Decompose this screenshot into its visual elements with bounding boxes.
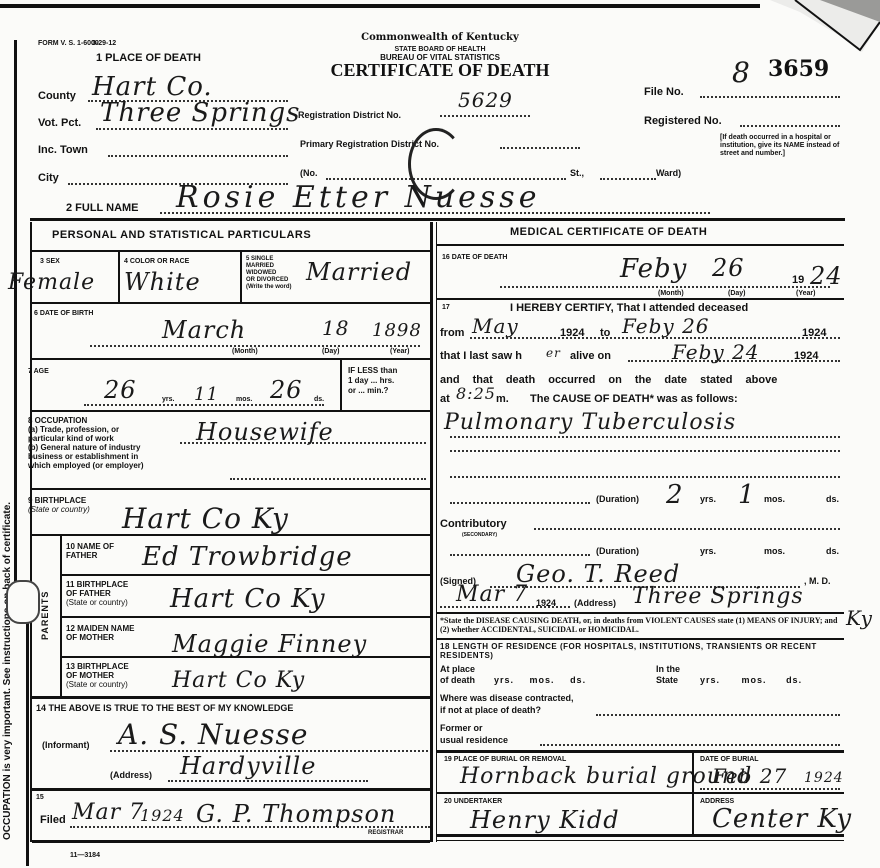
footer-code: 11—3184	[70, 852, 100, 859]
center-divider	[430, 222, 433, 842]
registered-no-label: Registered No.	[644, 115, 722, 127]
certify-text: I HEREBY CERTIFY, That I attended deceas…	[510, 302, 748, 314]
divider	[32, 358, 430, 360]
father-bp-label-line: 11 BIRTHPLACE	[66, 580, 128, 589]
birthplace-label: 9 BIRTHPLACE (State or country)	[28, 496, 90, 514]
contracted-label-line: if not at place of death?	[440, 704, 574, 716]
duration2-mos-caption: mos.	[764, 546, 785, 556]
filed-label: Filed	[40, 814, 66, 826]
mother-name-value: Maggie Finney	[172, 630, 367, 658]
undertaker-address-value: Center Ky	[712, 804, 852, 834]
burial-year: 1924	[804, 770, 844, 786]
from-year: 1924	[560, 327, 584, 339]
burial-place-label: 19 PLACE OF BURIAL OR REMOVAL	[444, 756, 566, 763]
file-stamp-number: 3659	[768, 56, 829, 82]
cause-line	[450, 450, 840, 452]
in-the-line: In the	[656, 664, 680, 675]
registrar-signature: G. P. Thompson	[196, 800, 396, 828]
place-of-death-label: 1 PLACE OF DEATH	[96, 52, 201, 64]
father-name-label: 10 NAME OF FATHER	[66, 542, 114, 560]
of-death-duration: yrs. mos. ds.	[482, 675, 586, 685]
burial-date-value: Feb 27	[712, 764, 787, 788]
ward-line	[600, 178, 656, 180]
former-residence-label: Former or usual residence	[440, 722, 508, 746]
city-label: City	[38, 172, 59, 184]
less-than-line: 1 day ... hrs.	[348, 376, 397, 386]
divider	[62, 616, 430, 618]
reg-district-value: 5629	[458, 88, 513, 112]
contributory-label: Contributory	[440, 518, 507, 530]
residence-label: 18 LENGTH OF RESIDENCE (FOR HOSPITALS, I…	[440, 642, 840, 660]
filed-number: 15	[36, 794, 44, 801]
dod-month: Feby	[620, 254, 687, 284]
age-label: 7 AGE	[28, 368, 49, 375]
father-bp-label-line: OF FATHER	[66, 589, 128, 598]
race-label: 4 COLOR OR RACE	[124, 258, 189, 265]
marital-label-line: (Write the word)	[246, 284, 292, 291]
from-label: from	[440, 327, 464, 339]
center-divider-thin	[436, 222, 437, 842]
age-days: 26	[270, 376, 303, 404]
punch-hole-mark	[6, 580, 40, 624]
informant-address-line	[168, 780, 368, 782]
file-no-label: File No.	[644, 86, 684, 98]
dob-day: 18	[322, 316, 349, 340]
divider	[32, 696, 430, 699]
divider	[118, 252, 120, 304]
at-time-value: 8:25	[456, 384, 496, 403]
dod-label: 16 DATE OF DEATH	[442, 254, 507, 261]
signed-year: 1924	[536, 598, 556, 608]
dod-year-caption: (Year)	[796, 290, 815, 297]
divider	[32, 840, 430, 843]
md-label: , M. D.	[804, 576, 831, 586]
less-than-line: IF LESS than	[348, 366, 397, 376]
duration2-ds-caption: ds.	[826, 546, 839, 556]
file-no-line	[700, 96, 840, 98]
ds-caption: ds.	[314, 396, 324, 403]
burial-place-value: Hornback burial ground	[460, 764, 752, 789]
at-place-label: At place of death	[440, 664, 475, 686]
filed-date: Mar 7	[72, 800, 144, 825]
former-label-line: Former or	[440, 722, 508, 734]
occupation-label: 8 OCCUPATION (a) Trade, profession, or p…	[28, 416, 144, 470]
last-saw-label: that I last saw h	[440, 350, 522, 362]
age-months: 11	[194, 384, 219, 405]
vot-pct-value: Three Springs	[100, 98, 300, 128]
alive-value: Feby 24	[672, 340, 760, 364]
duration2-line	[450, 554, 590, 556]
top-border	[0, 4, 760, 8]
duration-line	[450, 502, 590, 504]
informant-address-value: Hardyville	[180, 752, 316, 780]
occupation-label-line: business or establishment in	[28, 452, 144, 461]
father-label-line: 10 NAME OF	[66, 542, 114, 551]
ds-caption: ds.	[570, 675, 586, 685]
divider	[436, 834, 844, 837]
cause-line	[450, 476, 840, 478]
vot-pct-line	[96, 128, 288, 130]
contracted-label: Where was disease contracted, if not at …	[440, 692, 574, 716]
commonwealth-heading: Commonwealth of Kentucky	[320, 32, 560, 43]
race-value: White	[124, 268, 201, 296]
father-birthplace-label: 11 BIRTHPLACE OF FATHER (State or countr…	[66, 580, 128, 607]
county-label: County	[38, 90, 76, 102]
board-heading: STATE BOARD OF HEALTH	[320, 46, 560, 53]
secondary-label: (SECONDARY)	[462, 532, 497, 538]
marital-label-line: OR DIVORCED	[246, 277, 292, 284]
contracted-label-line: Where was disease contracted,	[440, 692, 574, 704]
occupation-label-line: (a) Trade, profession, or	[28, 425, 144, 434]
divider	[32, 302, 430, 304]
personal-section-title: PERSONAL AND STATISTICAL PARTICULARS	[52, 229, 311, 241]
burial-date-line	[700, 788, 840, 790]
divider	[32, 488, 430, 490]
contracted-line	[596, 714, 840, 716]
father-name-value: Ed Trowbridge	[142, 542, 353, 572]
sex-label: 3 SEX	[40, 258, 60, 265]
duration-months: 1	[738, 480, 756, 510]
dod-year-prefix: 19	[792, 274, 804, 286]
divider	[436, 298, 844, 300]
mother-bp-label-line: OF MOTHER	[66, 671, 129, 680]
duration2-yrs-caption: yrs.	[700, 546, 716, 556]
divider	[62, 656, 430, 658]
dob-label: 6 DATE OF BIRTH	[34, 310, 93, 317]
left-inner-border	[30, 222, 32, 842]
cause-value: Pulmonary Tuberculosis	[444, 410, 736, 435]
inc-town-line	[108, 155, 288, 157]
dob-line	[90, 345, 420, 347]
duration-mos-caption: mos.	[764, 494, 785, 504]
duration-yrs-caption: yrs.	[700, 494, 716, 504]
last-saw-her: er	[546, 346, 561, 360]
marital-value: Married	[306, 258, 412, 286]
true-statement-label: 14 THE ABOVE IS TRUE TO THE BEST OF MY K…	[36, 703, 293, 713]
age-years: 26	[104, 376, 137, 404]
divider	[32, 534, 430, 536]
cause-footnote: *State the DISEASE CAUSING DEATH, or, in…	[440, 616, 844, 634]
father-label-line: FATHER	[66, 551, 114, 560]
alive-year: 1924	[794, 350, 818, 362]
from-value: May	[472, 314, 519, 338]
divider	[32, 250, 430, 252]
dob-year: 1898	[372, 320, 422, 341]
year-caption: (Year)	[390, 348, 409, 355]
divider	[62, 574, 430, 576]
mother-label-line: 12 MAIDEN NAME	[66, 624, 134, 633]
undertaker-label: 20 UNDERTAKER	[444, 798, 502, 805]
divider	[436, 638, 844, 640]
marital-label-line: MARRIED	[246, 263, 292, 270]
mother-birthplace-label: 13 BIRTHPLACE OF MOTHER (State or countr…	[66, 662, 129, 689]
no-label: (No.	[300, 168, 318, 178]
divider	[436, 244, 844, 246]
mos-caption: mos.	[236, 396, 252, 403]
form-number: FORM V. S. 1-6000	[38, 40, 99, 47]
parents-label: PARENTS	[40, 591, 50, 640]
dob-month: March	[162, 316, 246, 344]
medical-section-title: MEDICAL CERTIFICATE OF DEATH	[510, 226, 707, 238]
certificate-title: CERTIFICATE OF DEATH	[320, 62, 560, 79]
sex-value: Female	[8, 270, 95, 295]
duration-ds-caption: ds.	[826, 494, 839, 504]
sig-address-value: Three Springs	[632, 584, 804, 609]
margin-instruction-text: OCCUPATION is very important. See instru…	[2, 502, 13, 840]
alive-label: alive on	[570, 350, 611, 362]
less-than-note: IF LESS than 1 day ... hrs. or ... min.?	[348, 366, 397, 396]
dod-day: 26	[712, 254, 745, 282]
month-caption: (Month)	[232, 348, 258, 355]
cause-line	[450, 436, 840, 438]
divider	[340, 360, 342, 410]
header-title-block: Commonwealth of Kentucky STATE BOARD OF …	[320, 32, 560, 79]
left-border	[14, 40, 17, 590]
to-value: Feby 26	[622, 314, 710, 338]
occupation-label-line: which employed (or employer)	[28, 461, 144, 470]
registered-no-line	[740, 125, 840, 127]
m-label: m.	[496, 393, 509, 405]
duration-years: 2	[666, 480, 684, 510]
filed-year: 1924	[140, 806, 185, 825]
yrs-caption: yrs.	[700, 675, 720, 685]
in-state-label: In the State	[656, 664, 680, 686]
dod-day-caption: (Day)	[728, 290, 746, 297]
birthplace-label-line: 9 BIRTHPLACE	[28, 496, 90, 505]
marital-label: 5 SINGLE MARRIED WIDOWED OR DIVORCED (Wr…	[246, 256, 292, 291]
hospital-note: [If death occurred in a hospital or inst…	[720, 134, 844, 158]
duration2-label: (Duration)	[596, 546, 639, 556]
divider	[436, 750, 844, 753]
st-label: St.,	[570, 168, 584, 178]
divider	[30, 218, 845, 221]
mos-caption: mos.	[742, 675, 767, 685]
birthplace-sub-label: (State or country)	[28, 505, 90, 514]
burial-date-label: DATE OF BURIAL	[700, 756, 759, 763]
mos-caption: mos.	[530, 675, 555, 685]
occupation-b-line	[230, 478, 426, 480]
marital-label-line: WIDOWED	[246, 270, 292, 277]
former-residence-line	[540, 744, 840, 746]
file-no-handwritten: 8	[732, 56, 751, 89]
sig-address-state: Ky	[846, 606, 873, 630]
father-birthplace-value: Hart Co Ky	[170, 584, 326, 614]
full-name-label: 2 FULL NAME	[66, 202, 139, 214]
ward-label: Ward)	[656, 168, 681, 178]
divider	[32, 410, 430, 412]
mother-birthplace-value: Hart Co Ky	[172, 668, 305, 693]
mother-bp-label-line: (State or country)	[66, 680, 129, 689]
dod-line	[500, 286, 830, 288]
to-label: to	[600, 327, 610, 339]
former-label-line: usual residence	[440, 734, 508, 746]
occupation-label-line: particular kind of work	[28, 434, 144, 443]
dod-year-suffix: 24	[810, 262, 843, 290]
marital-label-line: 5 SINGLE	[246, 256, 292, 263]
left-border-lower	[26, 596, 29, 866]
to-year: 1924	[802, 327, 826, 339]
day-caption: (Day)	[322, 348, 340, 355]
birthplace-value: Hart Co Ky	[122, 502, 289, 535]
at-place-line: At place	[440, 664, 475, 675]
undertaker-value: Henry Kidd	[470, 806, 620, 834]
sig-address-label: (Address)	[574, 598, 616, 608]
registrar-label: REGISTRAR	[368, 830, 403, 836]
mother-bp-label-line: 13 BIRTHPLACE	[66, 662, 129, 671]
mother-name-label: 12 MAIDEN NAME OF MOTHER	[66, 624, 134, 642]
inc-town-label: Inc. Town	[38, 144, 88, 156]
ds-caption: ds.	[786, 675, 802, 685]
vot-pct-label: Vot. Pct.	[38, 117, 81, 129]
divider	[436, 840, 844, 841]
occupation-label-line: 8 OCCUPATION	[28, 416, 144, 425]
at-label: at	[440, 393, 450, 405]
form-date: 3-29-12	[92, 40, 116, 47]
informant-label: (Informant)	[42, 740, 90, 750]
yrs-caption: yrs.	[494, 675, 514, 685]
full-name-value: Rosie Etter Nuesse	[176, 180, 540, 215]
duration-label: (Duration)	[596, 494, 639, 504]
occupation-value: Housewife	[196, 418, 334, 446]
in-state-duration: yrs. mos. ds.	[686, 675, 802, 685]
father-bp-label-line: (State or country)	[66, 598, 128, 607]
folded-corner-icon	[770, 0, 880, 58]
informant-address-label: (Address)	[110, 770, 152, 780]
state-line: State	[656, 675, 680, 686]
divider	[436, 612, 844, 614]
divider	[32, 788, 430, 791]
divider	[436, 792, 844, 794]
informant-value: A. S. Nuesse	[118, 718, 308, 751]
signed-date: Mar 7	[456, 582, 528, 607]
cause-label: The CAUSE OF DEATH* was as follows:	[530, 393, 738, 405]
occupation-label-line: (b) General nature of industry	[28, 443, 144, 452]
reg-district-line	[440, 115, 530, 117]
mother-label-line: OF MOTHER	[66, 633, 134, 642]
dod-month-caption: (Month)	[658, 290, 684, 297]
certify-number: 17	[442, 304, 450, 311]
yrs-caption: yrs.	[162, 396, 174, 403]
less-than-line: or ... min.?	[348, 386, 397, 396]
primary-reg-line	[500, 147, 580, 149]
divider	[240, 252, 242, 304]
reg-district-label: Registration District No.	[298, 110, 401, 120]
contributory-line	[534, 528, 840, 530]
of-death-line: of death	[440, 675, 475, 686]
